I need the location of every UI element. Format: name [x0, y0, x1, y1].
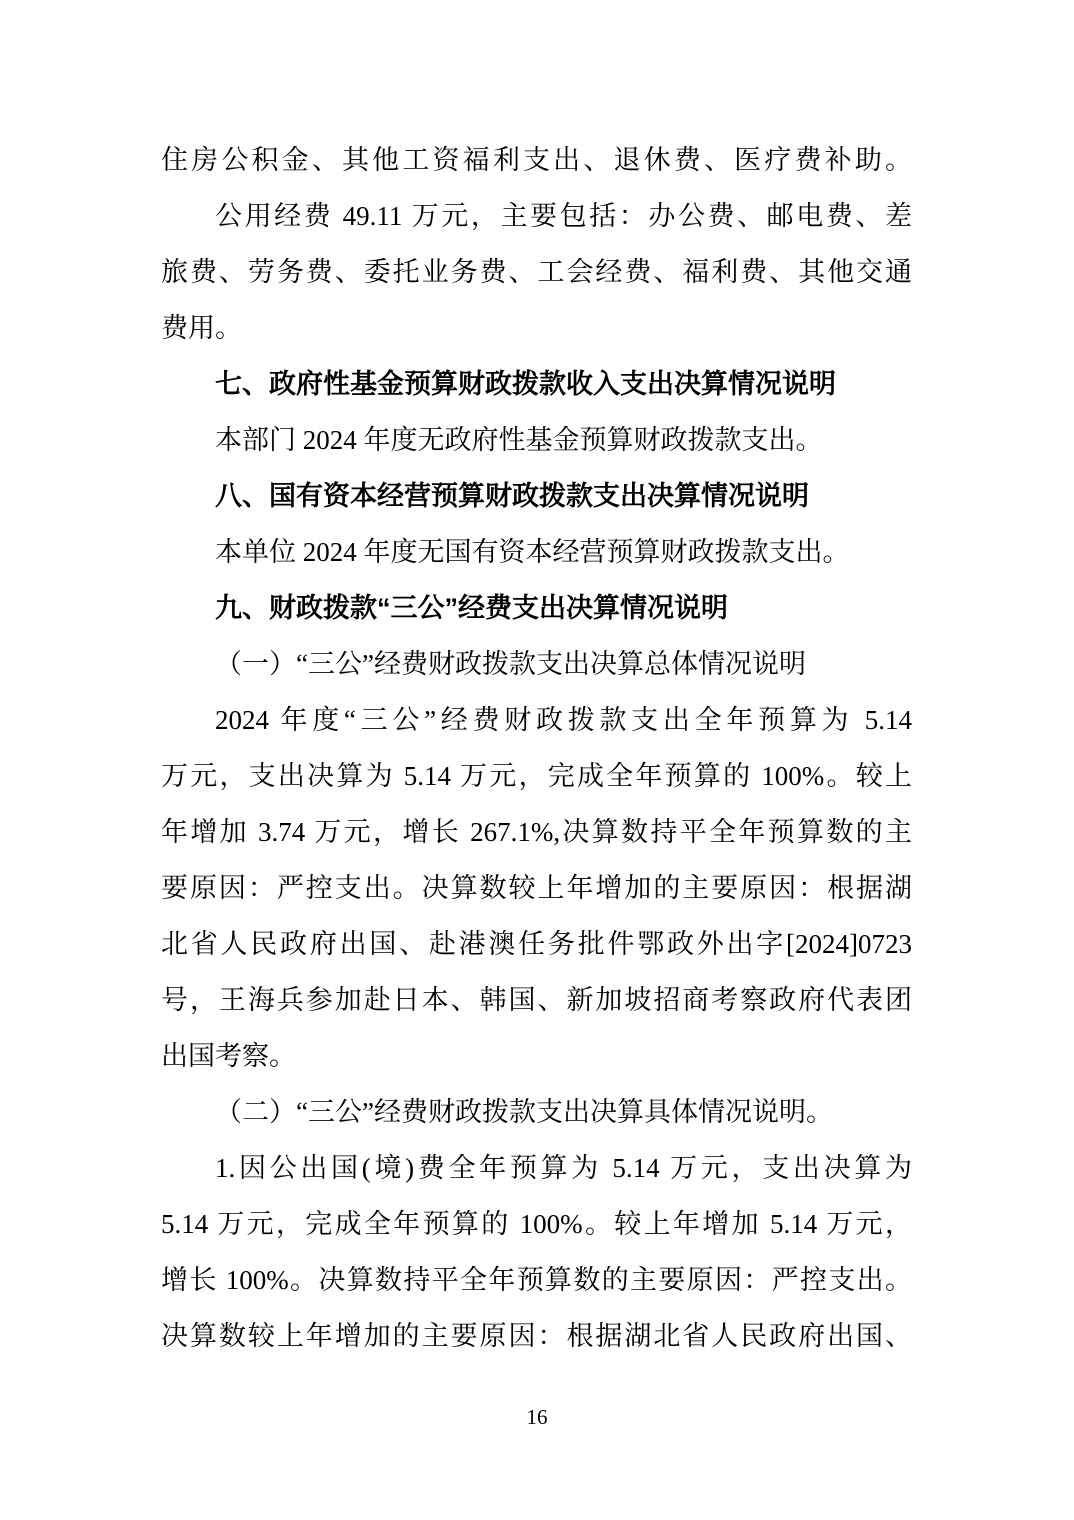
text-line: 年增加 3.74 万元，增长 267.1%,决算数持平全年预算数的主 — [161, 804, 912, 860]
section-heading-8: 八、国有资本经营预算财政拨款支出决算情况说明 — [161, 468, 912, 524]
text-line: 1.因公出国(境)费全年预算为 5.14 万元，支出决算为 — [161, 1140, 912, 1196]
text-line: 号，王海兵参加赴日本、韩国、新加坡招商考察政府代表团 — [161, 972, 912, 1028]
section-heading-7: 七、政府性基金预算财政拨款收入支出决算情况说明 — [161, 356, 912, 412]
text-line: 北省人民政府出国、赴港澳任务批件鄂政外出字[2024]0723 — [161, 916, 912, 972]
text-line: 决算数较上年增加的主要原因：根据湖北省人民政府出国、 — [161, 1308, 912, 1364]
text-line: 本部门 2024 年度无政府性基金预算财政拨款支出。 — [161, 412, 912, 468]
text-line: 出国考察。 — [161, 1028, 912, 1084]
text-line: 2024 年度“三公”经费财政拨款支出全年预算为 5.14 — [161, 692, 912, 748]
text-line: 住房公积金、其他工资福利支出、退休费、医疗费补助。 — [161, 132, 912, 188]
text-line: 旅费、劳务费、委托业务费、工会经费、福利费、其他交通 — [161, 244, 912, 300]
text-line: 要原因：严控支出。决算数较上年增加的主要原因：根据湖 — [161, 860, 912, 916]
subsection-heading-1: （一）“三公”经费财政拨款支出决算总体情况说明 — [161, 636, 912, 692]
section-heading-9: 九、财政拨款“三公”经费支出决算情况说明 — [161, 580, 912, 636]
text-line: 5.14 万元，完成全年预算的 100%。较上年增加 5.14 万元， — [161, 1196, 912, 1252]
text-line: 公用经费 49.11 万元，主要包括：办公费、邮电费、差 — [161, 188, 912, 244]
text-line: 万元，支出决算为 5.14 万元，完成全年预算的 100%。较上 — [161, 748, 912, 804]
subsection-heading-2: （二）“三公”经费财政拨款支出决算具体情况说明。 — [161, 1084, 912, 1140]
page-number: 16 — [0, 1402, 1074, 1432]
text-block: 住房公积金、其他工资福利支出、退休费、医疗费补助。 公用经费 49.11 万元，… — [161, 132, 912, 1364]
document-page: 住房公积金、其他工资福利支出、退休费、医疗费补助。 公用经费 49.11 万元，… — [0, 0, 1074, 1520]
text-line: 增长 100%。决算数持平全年预算数的主要原因：严控支出。 — [161, 1252, 912, 1308]
text-line: 费用。 — [161, 300, 912, 356]
text-line: 本单位 2024 年度无国有资本经营预算财政拨款支出。 — [161, 524, 912, 580]
